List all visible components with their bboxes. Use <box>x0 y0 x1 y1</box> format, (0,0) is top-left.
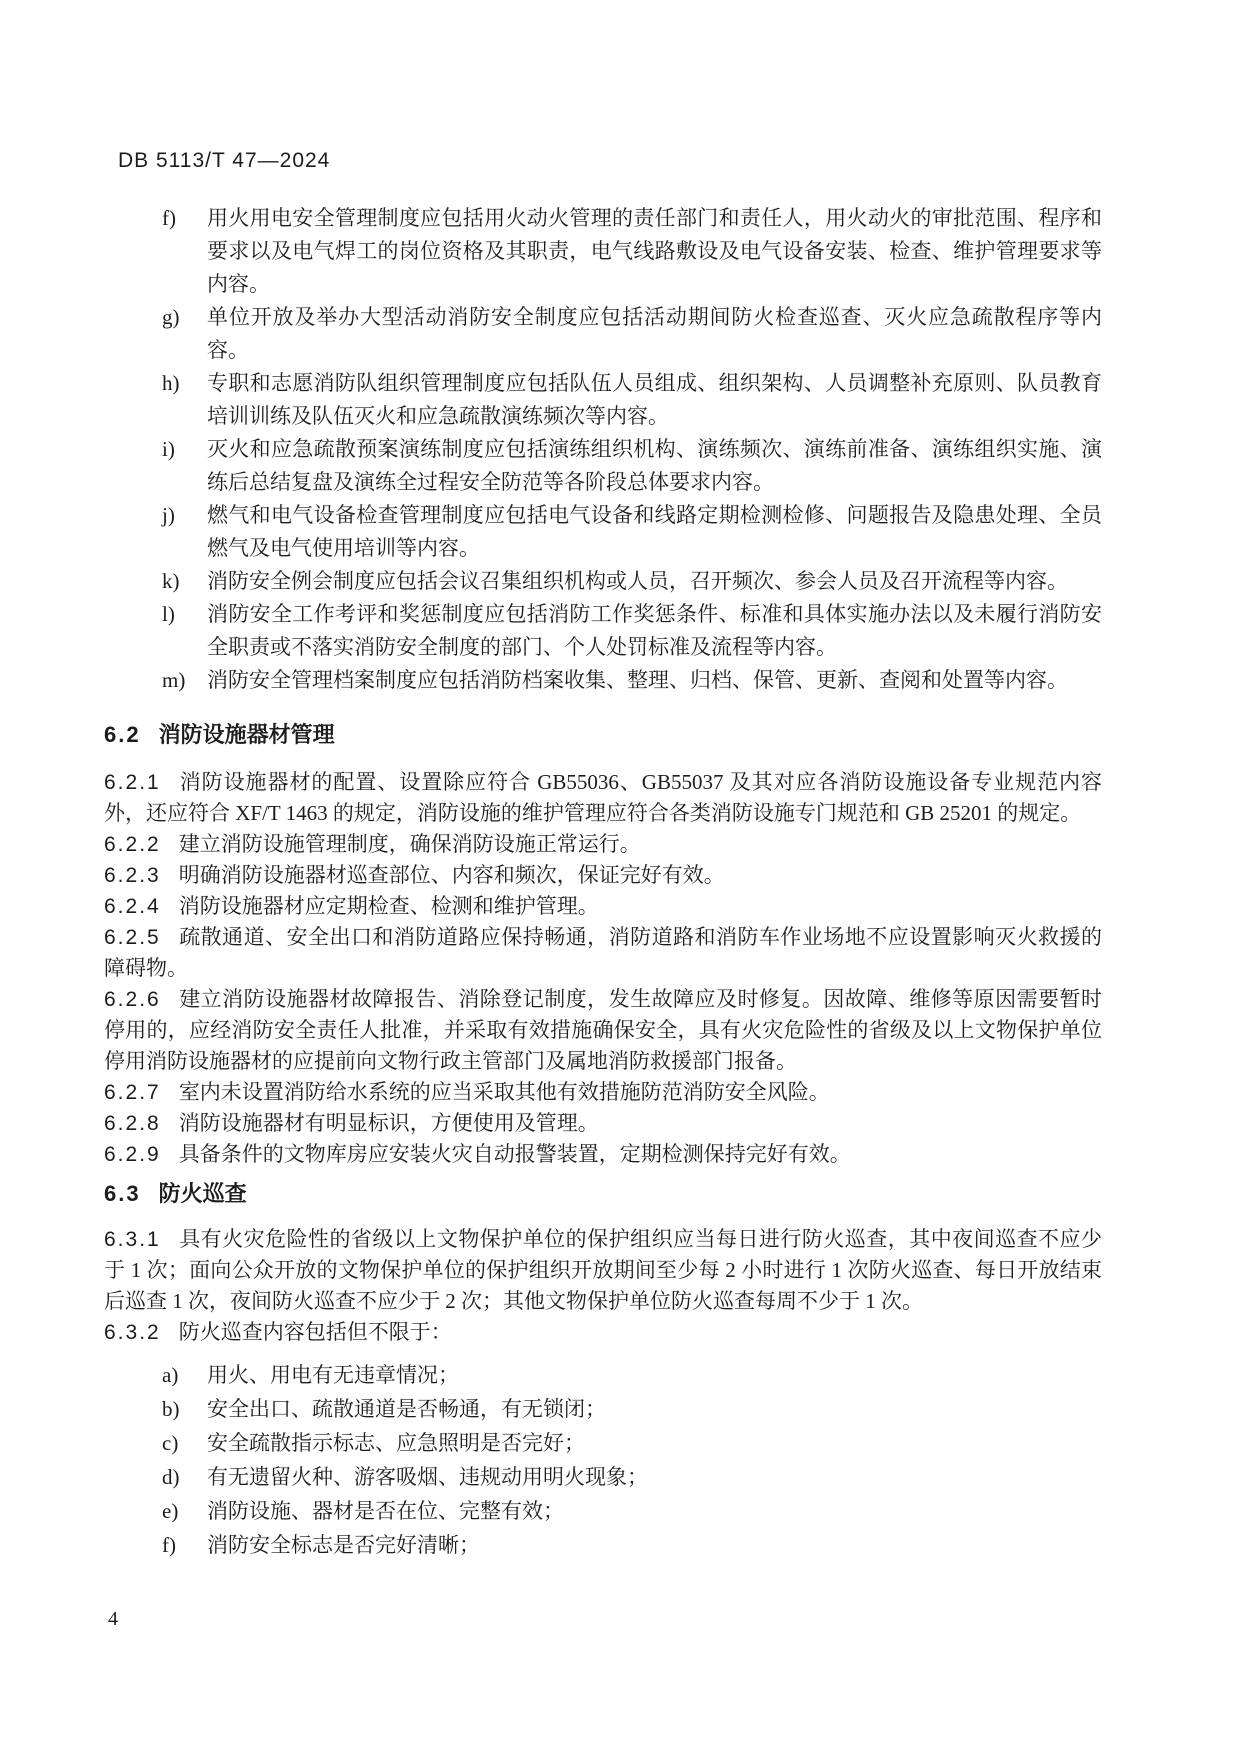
clause-text: 消防设施器材应定期检查、检测和维护管理。 <box>179 894 599 918</box>
list-item-text: 消防安全管理档案制度应包括消防档案收集、整理、归档、保管、更新、查阅和处置等内容… <box>207 664 1102 697</box>
list-item-text: 有无遗留火种、游客吸烟、违规动用明火现象； <box>207 1460 1102 1494</box>
clause-6-2-5: 6.2.5疏散通道、安全出口和消防道路应保持畅通，消防道路和消防车作业场地不应设… <box>104 922 1102 984</box>
clause-number: 6.2.9 <box>104 1143 161 1166</box>
list-item-h: h) 专职和志愿消防队组织管理制度应包括队伍人员组成、组织架构、人员调整补充原则… <box>104 367 1102 433</box>
clause-number: 6.2.1 <box>104 771 161 794</box>
section-heading-6-3: 6.3防火巡查 <box>104 1178 1102 1210</box>
list-item-label: d) <box>162 1460 207 1494</box>
clause-6-3-2: 6.3.2防火巡查内容包括但不限于： <box>104 1317 1102 1348</box>
clause-number: 6.2.4 <box>104 895 161 918</box>
clause-number: 6.2.2 <box>104 833 161 856</box>
list-item-text: 用火、用电有无违章情况； <box>207 1358 1102 1392</box>
list-item-text: 燃气和电气设备检查管理制度应包括电气设备和线路定期检测检修、问题报告及隐患处理、… <box>207 499 1102 565</box>
list-item-g: g) 单位开放及举办大型活动消防安全制度应包括活动期间防火检查巡查、灭火应急疏散… <box>104 301 1102 367</box>
section-heading-6-2: 6.2消防设施器材管理 <box>104 719 1102 751</box>
list-item-label: j) <box>162 499 207 565</box>
list-item-label: h) <box>162 367 207 433</box>
clause-text: 疏散通道、安全出口和消防道路应保持畅通，消防道路和消防车作业场地不应设置影响灭火… <box>104 925 1102 980</box>
section-title: 消防设施器材管理 <box>159 722 335 747</box>
clause-text: 消防设施器材有明显标识，方便使用及管理。 <box>179 1111 599 1135</box>
list-item-f: f) 用火用电安全管理制度应包括用火动火管理的责任部门和责任人，用火动火的审批范… <box>104 202 1102 301</box>
list-item-text: 专职和志愿消防队组织管理制度应包括队伍人员组成、组织架构、人员调整补充原则、队员… <box>207 367 1102 433</box>
clause-6-2-3: 6.2.3明确消防设施器材巡查部位、内容和频次，保证完好有效。 <box>104 860 1102 891</box>
list-item-label: c) <box>162 1426 207 1460</box>
checklist-item-d: d) 有无遗留火种、游客吸烟、违规动用明火现象； <box>104 1460 1102 1494</box>
list-item-label: f) <box>162 202 207 301</box>
list-item-label: b) <box>162 1392 207 1426</box>
list-item-l: l) 消防安全工作考评和奖惩制度应包括消防工作奖惩条件、标准和具体实施办法以及未… <box>104 598 1102 664</box>
clause-number: 6.2.5 <box>104 926 161 949</box>
clause-6-2-6: 6.2.6建立消防设施器材故障报告、消除登记制度，发生故障应及时修复。因故障、维… <box>104 984 1102 1077</box>
checklist-item-c: c) 安全疏散指示标志、应急照明是否完好； <box>104 1426 1102 1460</box>
list-item-label: i) <box>162 433 207 499</box>
list-item-text: 消防安全例会制度应包括会议召集组织机构或人员，召开频次、参会人员及召开流程等内容… <box>207 565 1102 598</box>
list-item-label: k) <box>162 565 207 598</box>
clause-number: 6.2.6 <box>104 988 161 1011</box>
list-item-j: j) 燃气和电气设备检查管理制度应包括电气设备和线路定期检测检修、问题报告及隐患… <box>104 499 1102 565</box>
clause-6-2-4: 6.2.4消防设施器材应定期检查、检测和维护管理。 <box>104 891 1102 922</box>
clause-text: 建立消防设施器材故障报告、消除登记制度，发生故障应及时修复。因故障、维修等原因需… <box>104 987 1102 1073</box>
clause-6-2-9: 6.2.9具备条件的文物库房应安装火灾自动报警装置，定期检测保持完好有效。 <box>104 1139 1102 1170</box>
clause-6-2-2: 6.2.2建立消防设施管理制度，确保消防设施正常运行。 <box>104 829 1102 860</box>
clause-6-2-1: 6.2.1消防设施器材的配置、设置除应符合 GB55036、GB55037 及其… <box>104 767 1102 829</box>
list-item-label: g) <box>162 301 207 367</box>
clause-text: 室内未设置消防给水系统的应当采取其他有效措施防范消防安全风险。 <box>179 1080 830 1104</box>
list-item-k: k) 消防安全例会制度应包括会议召集组织机构或人员，召开频次、参会人员及召开流程… <box>104 565 1102 598</box>
clause-text: 消防设施器材的配置、设置除应符合 GB55036、GB55037 及其对应各消防… <box>104 770 1102 825</box>
list-item-i: i) 灭火和应急疏散预案演练制度应包括演练组织机构、演练频次、演练前准备、演练组… <box>104 433 1102 499</box>
section-number: 6.2 <box>104 722 141 747</box>
clause-6-2-8: 6.2.8消防设施器材有明显标识，方便使用及管理。 <box>104 1108 1102 1139</box>
clause-6-2-7: 6.2.7室内未设置消防给水系统的应当采取其他有效措施防范消防安全风险。 <box>104 1077 1102 1108</box>
clause-text: 具备条件的文物库房应安装火灾自动报警装置，定期检测保持完好有效。 <box>179 1142 851 1166</box>
clause-number: 6.2.7 <box>104 1081 161 1104</box>
list-item-text: 灭火和应急疏散预案演练制度应包括演练组织机构、演练频次、演练前准备、演练组织实施… <box>207 433 1102 499</box>
list-item-m: m) 消防安全管理档案制度应包括消防档案收集、整理、归档、保管、更新、查阅和处置… <box>104 664 1102 697</box>
clause-text: 明确消防设施器材巡查部位、内容和频次，保证完好有效。 <box>179 863 725 887</box>
list-item-text: 消防安全工作考评和奖惩制度应包括消防工作奖惩条件、标准和具体实施办法以及未履行消… <box>207 598 1102 664</box>
list-item-text: 单位开放及举办大型活动消防安全制度应包括活动期间防火检查巡查、灭火应急疏散程序等… <box>207 301 1102 367</box>
checklist-item-b: b) 安全出口、疏散通道是否畅通，有无锁闭； <box>104 1392 1102 1426</box>
list-item-text: 消防安全标志是否完好清晰； <box>207 1528 1102 1562</box>
document-page: DB 5113/T 47—2024 f) 用火用电安全管理制度应包括用火动火管理… <box>0 0 1241 1755</box>
section-title: 防火巡查 <box>159 1181 247 1206</box>
clause-number: 6.2.3 <box>104 864 161 887</box>
clause-number: 6.3.2 <box>104 1321 161 1344</box>
list-item-label: m) <box>162 664 207 697</box>
list-item-text: 安全出口、疏散通道是否畅通，有无锁闭； <box>207 1392 1102 1426</box>
list-item-label: a) <box>162 1358 207 1392</box>
clause-text: 建立消防设施管理制度，确保消防设施正常运行。 <box>179 832 641 856</box>
clause-number: 6.3.1 <box>104 1228 161 1251</box>
section-number: 6.3 <box>104 1181 141 1206</box>
list-item-text: 用火用电安全管理制度应包括用火动火管理的责任部门和责任人，用火动火的审批范围、程… <box>207 202 1102 301</box>
clause-text: 具有火灾危险性的省级以上文物保护单位的保护组织应当每日进行防火巡查，其中夜间巡查… <box>104 1227 1102 1313</box>
list-item-label: l) <box>162 598 207 664</box>
list-item-label: f) <box>162 1528 207 1562</box>
page-content: DB 5113/T 47—2024 f) 用火用电安全管理制度应包括用火动火管理… <box>104 150 1102 1562</box>
clause-6-3-1: 6.3.1具有火灾危险性的省级以上文物保护单位的保护组织应当每日进行防火巡查，其… <box>104 1224 1102 1317</box>
checklist-item-a: a) 用火、用电有无违章情况； <box>104 1358 1102 1392</box>
checklist-item-f: f) 消防安全标志是否完好清晰； <box>104 1528 1102 1562</box>
clause-text: 防火巡查内容包括但不限于： <box>179 1320 452 1344</box>
list-item-text: 消防设施、器材是否在位、完整有效； <box>207 1494 1102 1528</box>
page-number: 4 <box>108 1608 118 1631</box>
list-item-label: e) <box>162 1494 207 1528</box>
doc-number: DB 5113/T 47—2024 <box>118 150 1102 172</box>
patrol-checklist: a) 用火、用电有无违章情况； b) 安全出口、疏散通道是否畅通，有无锁闭； c… <box>104 1358 1102 1562</box>
list-item-text: 安全疏散指示标志、应急照明是否完好； <box>207 1426 1102 1460</box>
safety-system-items-list: f) 用火用电安全管理制度应包括用火动火管理的责任部门和责任人，用火动火的审批范… <box>104 202 1102 697</box>
clause-number: 6.2.8 <box>104 1112 161 1135</box>
checklist-item-e: e) 消防设施、器材是否在位、完整有效； <box>104 1494 1102 1528</box>
